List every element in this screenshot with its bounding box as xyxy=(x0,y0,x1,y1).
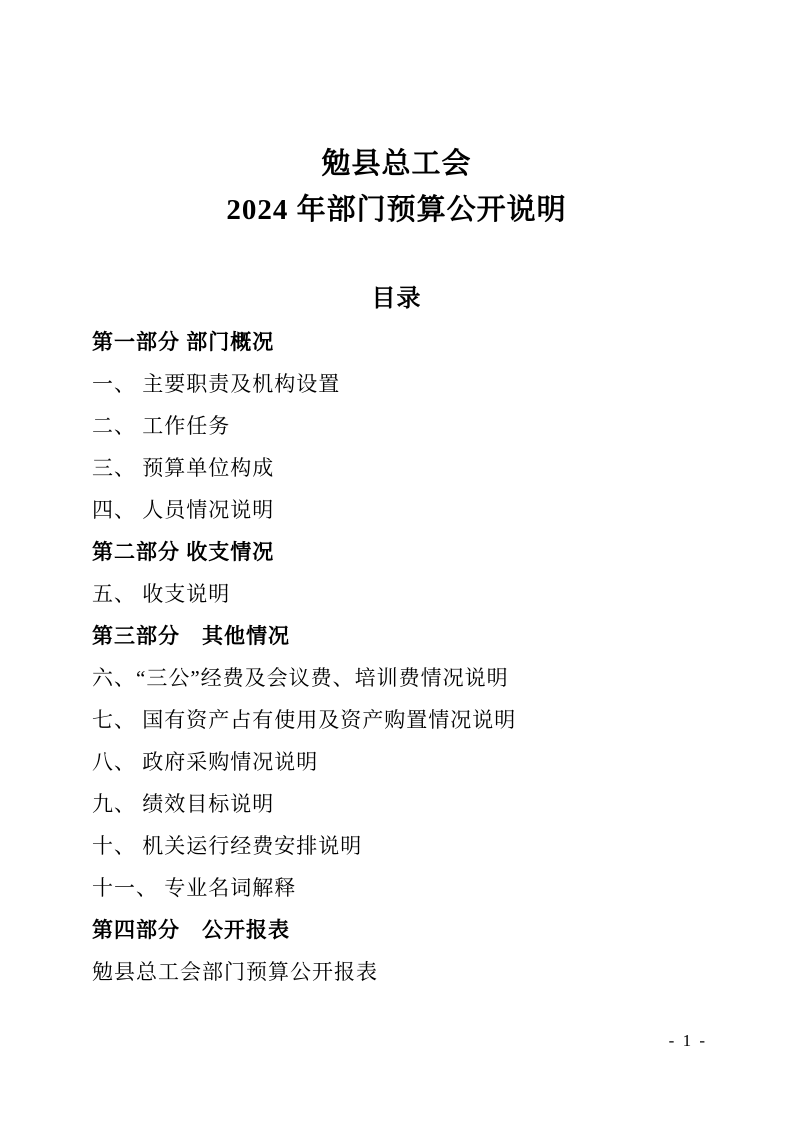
toc-heading: 目录 xyxy=(0,283,793,315)
document-title-line1: 勉县总工会 xyxy=(0,141,793,187)
toc-item-13: 十、 机关运行经费安排说明 xyxy=(92,825,733,867)
toc-item-11: 八、 政府采购情况说明 xyxy=(92,741,733,783)
toc-item-3: 二、 工作任务 xyxy=(92,405,733,447)
toc-item-6: 第二部分 收支情况 xyxy=(92,531,733,573)
toc-list: 第一部分 部门概况一、 主要职责及机构设置二、 工作任务三、 预算单位构成四、 … xyxy=(0,321,793,993)
toc-item-2: 一、 主要职责及机构设置 xyxy=(92,363,733,405)
toc-item-4: 三、 预算单位构成 xyxy=(92,447,733,489)
toc-item-12: 九、 绩效目标说明 xyxy=(92,783,733,825)
toc-item-8: 第三部分 其他情况 xyxy=(92,615,733,657)
toc-item-9: 六、“三公”经费及会议费、培训费情况说明 xyxy=(92,657,733,699)
toc-item-10: 七、 国有资产占有使用及资产购置情况说明 xyxy=(92,699,733,741)
toc-item-16: 勉县总工会部门预算公开报表 xyxy=(92,951,733,993)
page-number: - 1 - xyxy=(669,1030,707,1052)
document-title: 勉县总工会 2024 年部门预算公开说明 xyxy=(0,141,793,233)
document-page: 勉县总工会 2024 年部门预算公开说明 目录 第一部分 部门概况一、 主要职责… xyxy=(0,0,793,1122)
toc-item-1: 第一部分 部门概况 xyxy=(92,321,733,363)
toc-item-7: 五、 收支说明 xyxy=(92,573,733,615)
toc-item-5: 四、 人员情况说明 xyxy=(92,489,733,531)
toc-item-15: 第四部分 公开报表 xyxy=(92,909,733,951)
toc-item-14: 十一、 专业名词解释 xyxy=(92,867,733,909)
document-title-line2: 2024 年部门预算公开说明 xyxy=(0,187,793,233)
